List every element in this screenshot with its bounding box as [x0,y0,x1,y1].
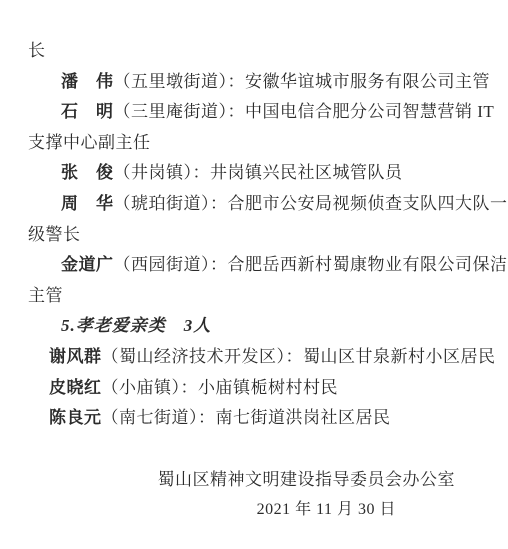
continuation-line: 支撑中心副主任 [28,128,492,159]
issuing-organization: 蜀山区精神文明建设指导委员会办公室 [28,465,492,496]
body-text: 支撑中心副主任 [28,133,151,152]
entry-text: （小庙镇）：小庙镇栀树村村民 [102,378,339,397]
signature-block: 蜀山区精神文明建设指导委员会办公室 2021 年 11 月 30 日 [28,465,492,526]
person-name: 石 明 [61,102,114,121]
issue-date: 2021 年 11 月 30 日 [28,495,492,526]
entry-text: （琥珀街道）：合肥市公安局视频侦查支队四大队一 [114,194,508,213]
entry-text: （井岗镇）：井岗镇兴民社区城管队员 [114,163,403,182]
body-text: 主管 [28,286,63,305]
category-heading-text: 5.孝老爱亲类 3人 [61,316,211,335]
person-name: 皮晓红 [49,378,102,397]
entry-text: （蜀山经济技术开发区）：蜀山区甘泉新村小区居民 [102,347,496,366]
person-name: 张 俊 [61,163,114,182]
body-text: 长 [28,41,46,60]
continuation-line: 主管 [28,281,492,312]
document-page: 长 潘 伟（五里墩街道）：安徽华谊城市服务有限公司主管 石 明（三里庵街道）：中… [0,0,508,549]
person-name: 周 华 [61,194,114,213]
award-entry: 皮晓红（小庙镇）：小庙镇栀树村村民 [28,373,492,404]
person-name: 谢风群 [49,347,102,366]
continuation-line: 长 [28,36,492,67]
person-name: 金道广 [61,255,114,274]
entry-text: （西园街道）：合肥岳西新村蜀康物业有限公司保洁 [114,255,508,274]
entry-text: （南七街道）：南七街道洪岗社区居民 [102,408,391,427]
person-name: 潘 伟 [61,72,114,91]
entry-text: （三里庵街道）：中国电信合肥分公司智慧营销 IT [114,102,495,121]
award-entry: 石 明（三里庵街道）：中国电信合肥分公司智慧营销 IT [28,97,492,128]
award-entry: 张 俊（井岗镇）：井岗镇兴民社区城管队员 [28,158,492,189]
continuation-line: 级警长 [28,220,492,251]
award-entry: 周 华（琥珀街道）：合肥市公安局视频侦查支队四大队一 [28,189,492,220]
award-entry: 潘 伟（五里墩街道）：安徽华谊城市服务有限公司主管 [28,67,492,98]
award-entry: 谢风群（蜀山经济技术开发区）：蜀山区甘泉新村小区居民 [28,342,492,373]
award-entry: 陈良元（南七街道）：南七街道洪岗社区居民 [28,403,492,434]
document-body: 长 潘 伟（五里墩街道）：安徽华谊城市服务有限公司主管 石 明（三里庵街道）：中… [0,0,508,526]
award-entry: 金道广（西园街道）：合肥岳西新村蜀康物业有限公司保洁 [28,250,492,281]
body-text: 级警长 [28,225,81,244]
category-heading: 5.孝老爱亲类 3人 [28,311,492,342]
entry-text: （五里墩街道）：安徽华谊城市服务有限公司主管 [114,72,491,91]
person-name: 陈良元 [49,408,102,427]
